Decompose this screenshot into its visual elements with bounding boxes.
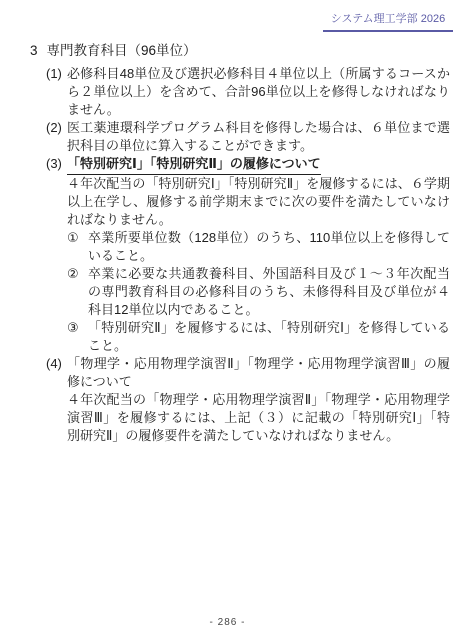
section-title-text: 専門教育科目（96単位） [47,43,197,58]
item-heading: 「特別研究Ⅰ」「特別研究Ⅱ」の履修について [67,155,450,175]
item-heading-underlined: 「特別研究Ⅰ」「特別研究Ⅱ」の履修について [67,155,321,175]
page-header: システム理工学部 2026 [0,0,455,32]
item-marker: (2) [46,119,67,137]
item-paragraph: ４年次配当の「物理学・応用物理学演習Ⅱ」「物理学・応用物理学演習Ⅲ」を履修するに… [67,391,450,445]
sub-item-marker: ② [67,265,88,283]
item-marker: (4) [46,355,67,373]
sub-item-marker: ① [67,229,88,247]
document-page: システム理工学部 2026 3専門教育科目（96単位） (1) 必修科目48単位… [0,0,455,644]
page-number: - 286 - [0,617,455,628]
sub-item-3: ③ 「特別研究Ⅱ」を履修するには、「特別研究Ⅰ」を修得していること。 [67,319,450,355]
item-paragraph: ４年次配当の「特別研究Ⅰ」「特別研究Ⅱ」を履修するには、６学期以上在学し、履修す… [67,175,450,229]
sub-item-text: 「特別研究Ⅱ」を履修するには、「特別研究Ⅰ」を修得していること。 [88,319,450,355]
section-number: 3 [30,43,38,58]
sub-item-1: ① 卒業所要単位数（128単位）のうち、110単位以上を修得していること。 [67,229,450,265]
item-marker: (1) [46,65,67,83]
faculty-label: システム理工学部 2026 [323,13,453,32]
item-text: 必修科目48単位及び選択必修科目４単位以上（所属するコースから２単位以上）を含め… [67,65,450,119]
list-item-2: (2) 医工薬連環科学プログラム科目を修得した場合は、６単位まで選択科目の単位に… [46,119,450,155]
item-marker: (3) [46,155,67,173]
section-title: 3専門教育科目（96単位） [30,41,450,60]
item-body: 「物理学・応用物理学演習Ⅱ」「物理学・応用物理学演習Ⅲ」の履修について ４年次配… [67,355,450,445]
sub-item-2: ② 卒業に必要な共通教養科目、外国語科目及び１～３年次配当の専門教育科目の必修科… [67,265,450,319]
sub-item-text: 卒業所要単位数（128単位）のうち、110単位以上を修得していること。 [88,229,450,265]
list-item-1: (1) 必修科目48単位及び選択必修科目４単位以上（所属するコースから２単位以上… [46,65,450,119]
item-heading: 「物理学・応用物理学演習Ⅱ」「物理学・応用物理学演習Ⅲ」の履修について [67,355,450,391]
sub-item-marker: ③ [67,319,88,337]
item-text: 医工薬連環科学プログラム科目を修得した場合は、６単位まで選択科目の単位に算入する… [67,119,450,155]
sub-item-text: 卒業に必要な共通教養科目、外国語科目及び１～３年次配当の専門教育科目の必修科目の… [88,265,450,319]
list-item-4: (4) 「物理学・応用物理学演習Ⅱ」「物理学・応用物理学演習Ⅲ」の履修について … [46,355,450,445]
rules-list: (1) 必修科目48単位及び選択必修科目４単位以上（所属するコースから２単位以上… [46,65,450,445]
item-body: 「特別研究Ⅰ」「特別研究Ⅱ」の履修について ４年次配当の「特別研究Ⅰ」「特別研究… [67,155,450,355]
list-item-3: (3) 「特別研究Ⅰ」「特別研究Ⅱ」の履修について ４年次配当の「特別研究Ⅰ」「… [46,155,450,355]
